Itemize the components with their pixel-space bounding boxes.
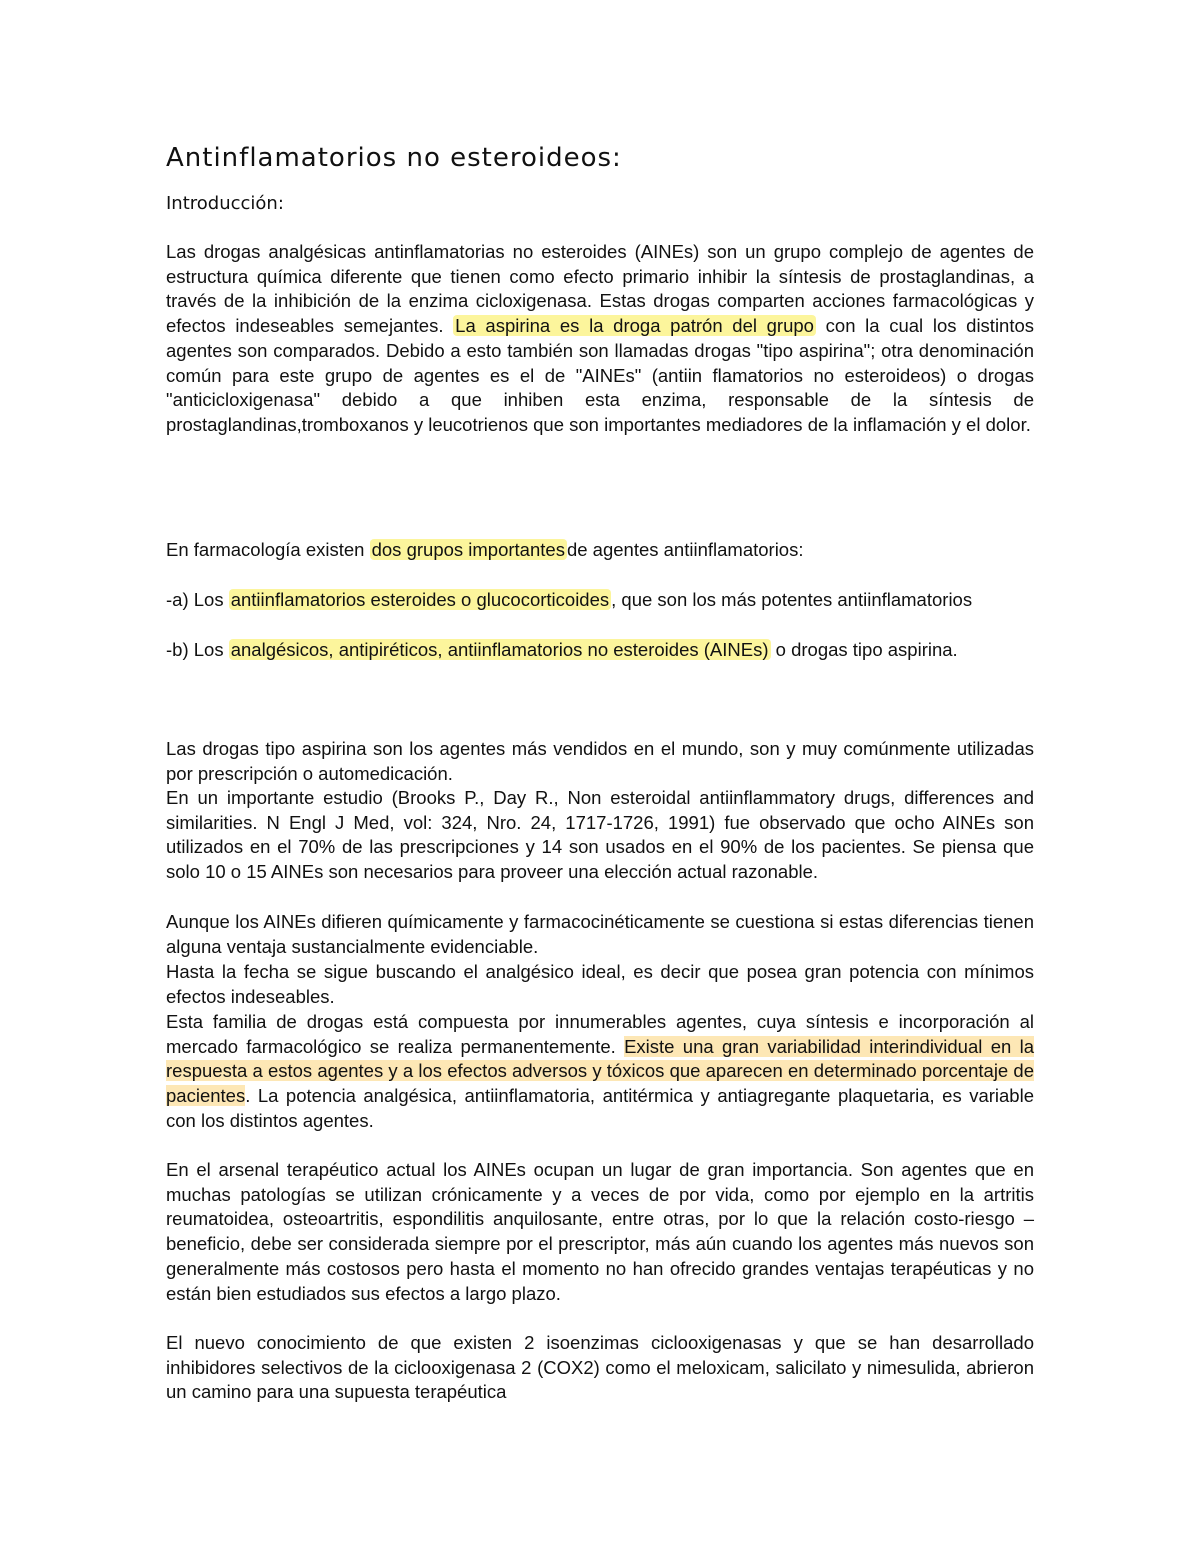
body-paragraph-1: Las drogas tipo aspirina son los agentes… xyxy=(166,737,1034,786)
intro-paragraph: Las drogas analgésicas antinflamatorias … xyxy=(166,240,1034,438)
body-paragraph-6: En el arsenal terapéutico actual los AIN… xyxy=(166,1158,1034,1306)
highlight-esteroides: antiinflamatorios esteroides o glucocort… xyxy=(229,589,611,610)
highlight-aspirina-patron: La aspirina es la droga patrón del grupo xyxy=(453,315,816,336)
group-a-prefix: -a) Los xyxy=(166,589,224,610)
body-paragraph-4: Hasta la fecha se sigue buscando el anal… xyxy=(166,960,1034,1009)
p5-rest: . La potencia analgésica, antiinflamator… xyxy=(166,1085,1034,1131)
page-title: Antinflamatorios no esteroideos: xyxy=(166,143,622,173)
group-b-rest: o drogas tipo aspirina. xyxy=(776,639,958,660)
body-paragraph-2: En un importante estudio (Brooks P., Day… xyxy=(166,786,1034,885)
body-paragraph-5: Esta familia de drogas está compuesta po… xyxy=(166,1010,1034,1134)
group-a-item: -a) Los antiinflamatorios esteroides o g… xyxy=(166,588,1034,613)
highlight-aines: analgésicos, antipiréticos, antiinflamat… xyxy=(229,639,771,660)
groups-intro-text: En farmacología existen xyxy=(166,539,364,560)
section-heading-introduccion: Introducción: xyxy=(166,193,284,214)
body-paragraph-3: Aunque los AINEs difieren químicamente y… xyxy=(166,910,1034,959)
groups-intro-post: de agentes antiinflamatorios: xyxy=(567,539,804,560)
group-b-item: -b) Los analgésicos, antipiréticos, anti… xyxy=(166,638,1034,663)
highlight-dos-grupos: dos grupos importantes xyxy=(370,539,567,560)
body-paragraph-7: El nuevo conocimiento de que existen 2 i… xyxy=(166,1331,1034,1405)
group-b-prefix: -b) Los xyxy=(166,639,224,660)
groups-intro-paragraph: En farmacología existen dos grupos impor… xyxy=(166,538,1034,563)
group-a-rest: , que son los más potentes antiinflamato… xyxy=(611,589,972,610)
